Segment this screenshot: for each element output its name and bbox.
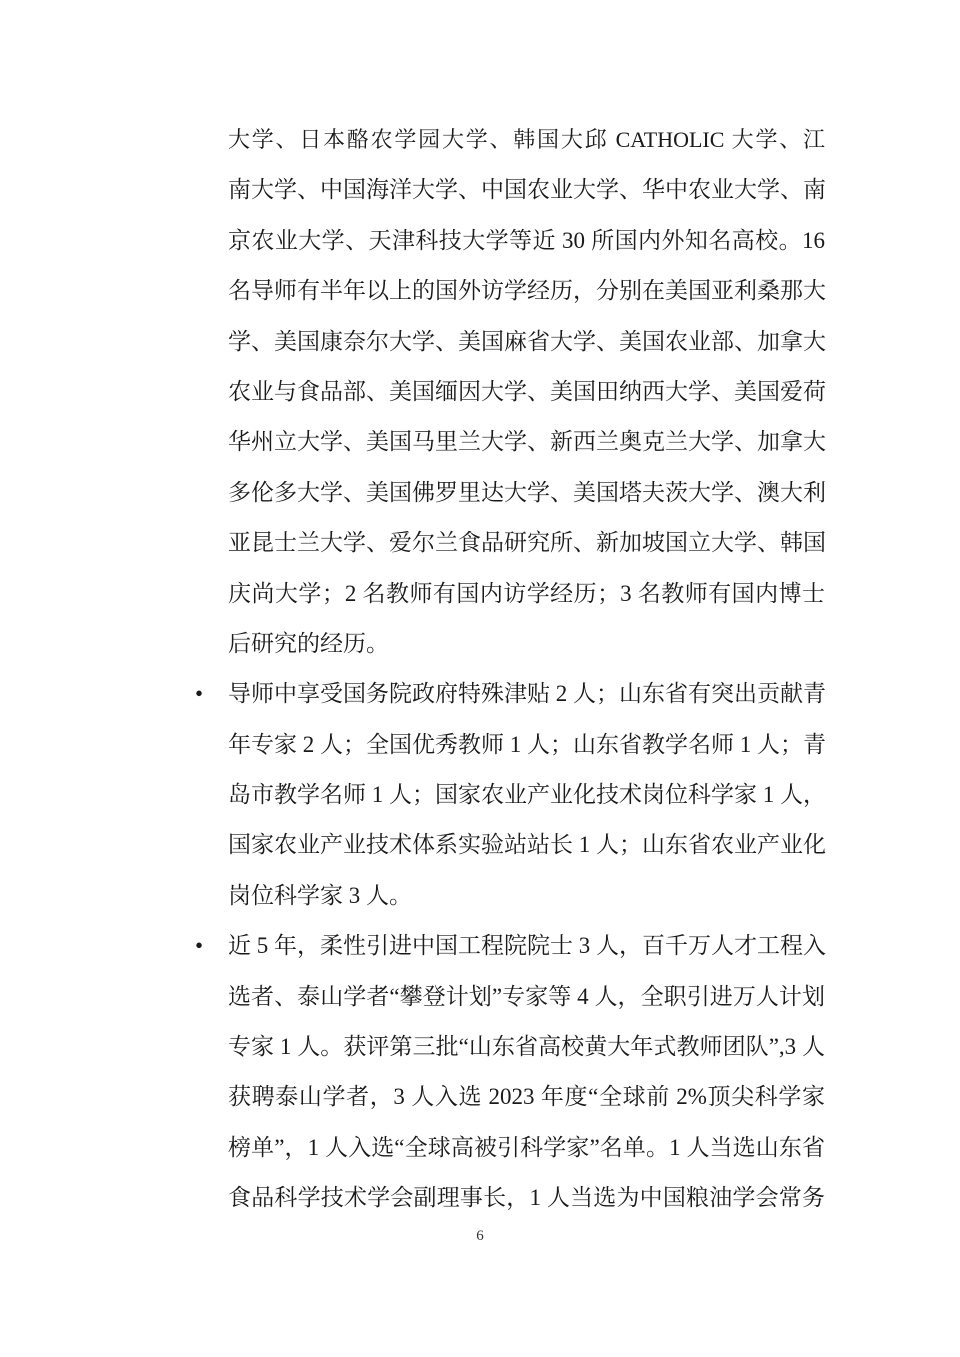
text-line: 名导师有半年以上的国外访学经历，分别在美国亚利桑那大 bbox=[228, 266, 825, 316]
text-block: 大学、日本酪农学园大学、韩国大邱 CATHOLIC 大学、江南大学、中国海洋大学… bbox=[228, 115, 825, 1224]
bullet-marker-icon: • bbox=[195, 669, 203, 719]
bullet-marker-icon: • bbox=[195, 921, 203, 971]
text-line: 华州立大学、美国马里兰大学、新西兰奥克兰大学、加拿大 bbox=[228, 417, 825, 467]
text-line: 选者、泰山学者“攀登计划”专家等 4 人，全职引进万人计划 bbox=[228, 972, 825, 1022]
text-line: 亚昆士兰大学、爱尔兰食品研究所、新加坡国立大学、韩国 bbox=[228, 518, 825, 568]
text-line: 年专家 2 人；全国优秀教师 1 人；山东省教学名师 1 人；青 bbox=[228, 720, 825, 770]
text-line: 大学、日本酪农学园大学、韩国大邱 CATHOLIC 大学、江 bbox=[228, 115, 825, 165]
text-line: 导师中享受国务院政府特殊津贴 2 人；山东省有突出贡献青 bbox=[228, 669, 825, 719]
text-line: 后研究的经历。 bbox=[228, 619, 825, 669]
bullet-paragraph: •近 5 年，柔性引进中国工程院院士 3 人，百千万人才工程入选者、泰山学者“攀… bbox=[228, 921, 825, 1223]
page-number: 6 bbox=[0, 1228, 960, 1245]
text-line: 南大学、中国海洋大学、中国农业大学、华中农业大学、南 bbox=[228, 165, 825, 215]
text-line: 岗位科学家 3 人。 bbox=[228, 871, 825, 921]
paragraph: 大学、日本酪农学园大学、韩国大邱 CATHOLIC 大学、江南大学、中国海洋大学… bbox=[228, 115, 825, 669]
text-line: 庆尚大学；2 名教师有国内访学经历；3 名教师有国内博士 bbox=[228, 569, 825, 619]
bullet-paragraph: •导师中享受国务院政府特殊津贴 2 人；山东省有突出贡献青年专家 2 人；全国优… bbox=[228, 669, 825, 921]
text-line: 近 5 年，柔性引进中国工程院院士 3 人，百千万人才工程入 bbox=[228, 921, 825, 971]
text-line: 食品科学技术学会副理事长，1 人当选为中国粮油学会常务 bbox=[228, 1173, 825, 1223]
text-line: 农业与食品部、美国缅因大学、美国田纳西大学、美国爱荷 bbox=[228, 367, 825, 417]
text-line: 专家 1 人。获评第三批“山东省高校黄大年式教师团队”,3 人 bbox=[228, 1022, 825, 1072]
text-line: 多伦多大学、美国佛罗里达大学、美国塔夫茨大学、澳大利 bbox=[228, 468, 825, 518]
text-line: 榜单”，1 人入选“全球高被引科学家”名单。1 人当选山东省 bbox=[228, 1123, 825, 1173]
text-line: 国家农业产业技术体系实验站站长 1 人；山东省农业产业化 bbox=[228, 820, 825, 870]
text-line: 获聘泰山学者，3 人入选 2023 年度“全球前 2%顶尖科学家 bbox=[228, 1072, 825, 1122]
text-line: 学、美国康奈尔大学、美国麻省大学、美国农业部、加拿大 bbox=[228, 317, 825, 367]
document-page: 大学、日本酪农学园大学、韩国大邱 CATHOLIC 大学、江南大学、中国海洋大学… bbox=[0, 0, 960, 1357]
text-line: 岛市教学名师 1 人；国家农业产业化技术岗位科学家 1 人， bbox=[228, 770, 825, 820]
text-line: 京农业大学、天津科技大学等近 30 所国内外知名高校。16 bbox=[228, 216, 825, 266]
